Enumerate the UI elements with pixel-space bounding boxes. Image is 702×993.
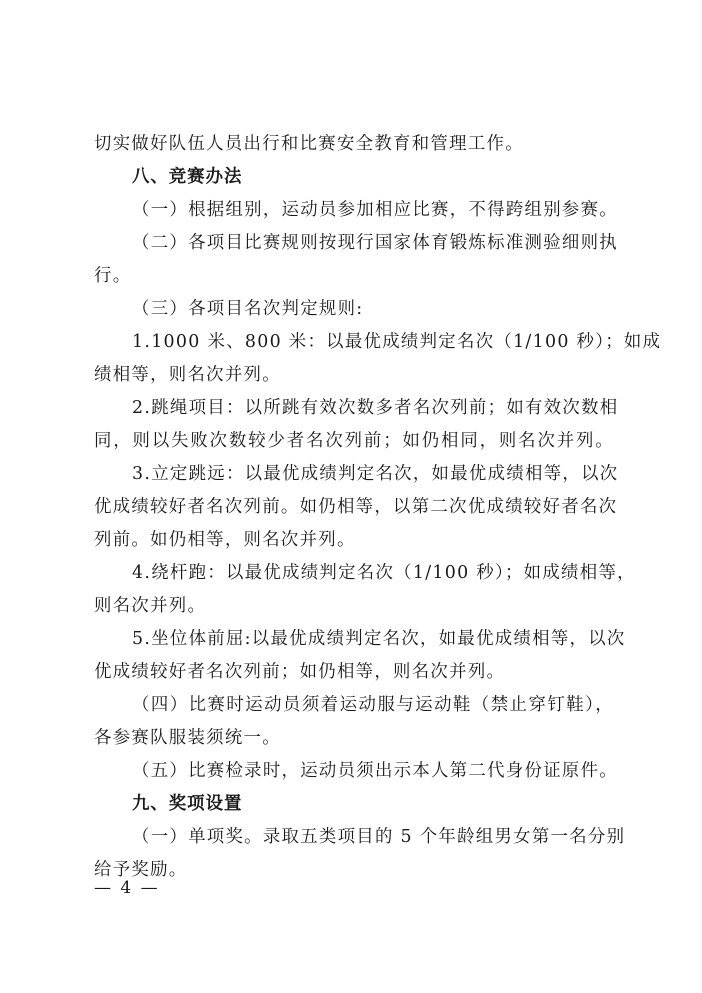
section-heading: 八、竞赛办法 [132, 165, 614, 189]
text-line: 行。 [94, 264, 614, 288]
text-line: （二）各项目比赛规则按现行国家体育锻炼标准测验细则执 [132, 231, 614, 255]
text-line: 优成绩较好者名次列前。如仍相等，以第二次优成绩较好者名次 [94, 495, 614, 519]
text-line: 4.绕杆跑：以最优成绩判定名次（1/100 秒）；如成绩相等， [132, 561, 614, 585]
page-number: — 4 — [94, 877, 160, 899]
text-line: 同，则以失败次数较少者名次列前；如仍相同，则名次并列。 [94, 429, 614, 453]
text-line: 5.坐位体前屈:以最优成绩判定名次，如最优成绩相等，以次 [132, 627, 614, 651]
text-line: （四）比赛时运动员须着运动服与运动鞋（禁止穿钉鞋）， [132, 693, 614, 717]
text-line: 1.1000 米、800 米：以最优成绩判定名次（1/100 秒）；如成 [132, 330, 614, 354]
text-line: 优成绩较好者名次列前；如仍相等，则名次并列。 [94, 660, 614, 684]
text-line: 列前。如仍相等，则名次并列。 [94, 528, 614, 552]
text-line: 绩相等，则名次并列。 [94, 363, 614, 387]
section-heading: 九、奖项设置 [132, 792, 614, 816]
text-line: （一）单项奖。录取五类项目的 5 个年龄组男女第一名分别 [132, 825, 614, 849]
text-line: （一）根据组别，运动员参加相应比赛，不得跨组别参赛。 [132, 198, 614, 222]
text-line: 切实做好队伍人员出行和比赛安全教育和管理工作。 [94, 132, 614, 156]
document-page: 切实做好队伍人员出行和比赛安全教育和管理工作。八、竞赛办法（一）根据组别，运动员… [0, 0, 702, 993]
text-line: 各参赛队服装须统一。 [94, 726, 614, 750]
text-line: 2.跳绳项目：以所跳有效次数多者名次列前；如有效次数相 [132, 396, 614, 420]
text-line: （三）各项目名次判定规则: [132, 297, 614, 321]
text-line: （五）比赛检录时，运动员须出示本人第二代身份证原件。 [132, 759, 614, 783]
text-line: 则名次并列。 [94, 594, 614, 618]
text-line: 给予奖励。 [94, 858, 614, 882]
text-line: 3.立定跳远：以最优成绩判定名次，如最优成绩相等，以次 [132, 462, 614, 486]
